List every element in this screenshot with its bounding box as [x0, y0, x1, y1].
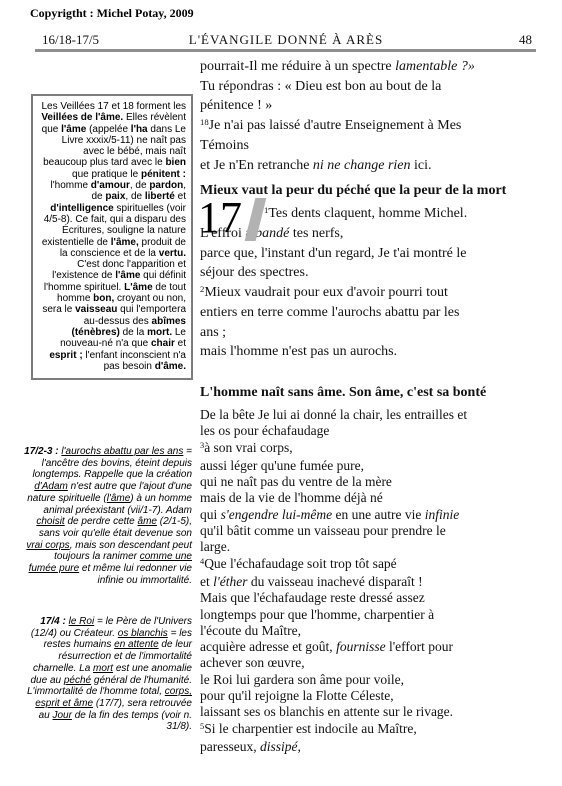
text-segment: os blanchis	[118, 628, 168, 639]
text-segment: longtemps pour que l'homme, charpentier …	[200, 607, 434, 622]
text-segment: paresseux,	[200, 739, 260, 754]
text-segment: Si le charpentier est indocile au Maître…	[204, 721, 417, 736]
chapter-17-block: 17 1Tes dents claquent, homme Michel. L'…	[200, 204, 552, 362]
text-line: les os pour échafaudage	[200, 423, 552, 439]
text-line: l'écoute du Maître,	[200, 623, 552, 639]
text-segment: infinie	[425, 507, 460, 522]
text-segment: et	[200, 574, 213, 589]
header-page-number: 48	[519, 32, 532, 47]
text-line: ans ;	[200, 323, 552, 343]
text-segment: et même lui redonner vie infinie ou immo…	[79, 563, 192, 586]
text-segment: aussi léger qu'une fumée pure,	[200, 458, 364, 473]
text-segment: 4	[200, 557, 204, 566]
section-heading-fear-of-sin: Mieux vaut la peur du péché que la peur …	[200, 181, 552, 201]
text-line: entiers en terre comme l'aurochs abattu …	[200, 303, 552, 323]
text-segment: Que l'échafaudage soit trop tôt sapé	[204, 556, 397, 571]
text-line: qui s'engendre lui-même en une autre vie…	[200, 507, 552, 523]
text-line: qui ne naît pas du ventre de la mère	[200, 474, 552, 490]
text-line: pourrait-Il me réduire à un spectre lame…	[200, 57, 552, 77]
text-segment: vaisseau	[75, 304, 117, 315]
header-rule	[35, 49, 536, 52]
intro-paragraph: pourrait-Il me réduire à un spectre lame…	[200, 57, 552, 175]
sidebar-soul-note-box: Les Veillées 17 et 18 forment les Veillé…	[31, 94, 193, 380]
text-segment: 3	[200, 441, 204, 450]
text-segment: l'âme	[61, 124, 86, 135]
text-line: aussi léger qu'une fumée pure,	[200, 458, 552, 474]
text-segment: L'âme	[124, 282, 153, 293]
text-line: Tu répondras : « Dieu est bon au bout de…	[200, 77, 552, 97]
text-segment: l'éther	[213, 574, 247, 589]
text-segment: Mais que l'échafaudage reste dressé asse…	[200, 590, 425, 605]
text-segment: parce que, l'instant d'un regard, Je t'a…	[200, 246, 466, 261]
text-segment: l'âme	[115, 270, 140, 281]
chapter-paragraph: L'effroi a bandé tes nerfs,parce que, l'…	[200, 224, 552, 362]
text-segment: l'âme	[107, 493, 131, 504]
text-segment: Jour	[52, 710, 71, 721]
text-segment: pour qu'il rejoigne la Flotte Céleste,	[200, 688, 394, 703]
text-line: laissant ses os blanchis en attente sur …	[200, 704, 552, 720]
text-segment: Tu répondras : « Dieu est bon au bout de…	[200, 79, 441, 94]
text-line: 2Mieux vaudrait pour eux d'avoir pourri …	[200, 283, 552, 304]
chapter-number: 17	[198, 195, 242, 241]
text-segment: Mieux vaudrait pour eux d'avoir pourri t…	[204, 285, 448, 300]
text-line: le Roi lui gardera son âme pour voile,	[200, 672, 552, 688]
text-segment: d'amour	[91, 180, 130, 191]
text-line: Témoins	[200, 136, 552, 156]
text-segment: à son vrai corps,	[204, 440, 292, 455]
text-segment: acquière adresse et goût,	[200, 639, 336, 654]
text-segment: le Roi lui gardera son âme pour voile,	[200, 672, 404, 687]
text-segment: large.	[200, 539, 230, 554]
main-text-column: pourrait-Il me réduire à un spectre lame…	[200, 57, 552, 755]
text-line: paresseux, dissipé,	[200, 739, 552, 755]
text-line: achever son œuvre,	[200, 655, 552, 671]
text-segment: séjour des spectres.	[200, 265, 308, 280]
text-segment: 5	[200, 722, 204, 731]
text-line: acquière adresse et goût, fournisse l'ef…	[200, 639, 552, 655]
section-heading-man-born-soulless: L'homme naît sans âme. Son âme, c'est sa…	[200, 383, 552, 403]
text-segment: mort	[93, 663, 113, 674]
text-segment: ici.	[411, 158, 432, 173]
text-line: 3à son vrai corps,	[200, 440, 552, 458]
text-segment: fournisse	[336, 639, 386, 654]
text-segment: pardon	[149, 180, 183, 191]
text-segment: l'aurochs abattu par les ans	[61, 446, 183, 457]
text-segment: tes nerfs,	[289, 226, 343, 241]
text-segment: d'Adam	[34, 481, 68, 492]
text-line: 4Que l'échafaudage soit trop tôt sapé	[200, 556, 552, 574]
text-segment: liberté	[145, 191, 175, 202]
text-segment: et	[175, 191, 186, 202]
text-segment: que pratique le	[72, 169, 141, 180]
text-line: qu'il bâtit comme un vaisseau pour prend…	[200, 523, 552, 539]
text-line: 18Je n'ai pas laissé d'autre Enseignemen…	[200, 116, 552, 137]
text-segment: l'effort pour	[386, 639, 453, 654]
text-segment: ni ne change rien	[313, 158, 411, 173]
text-segment: De la bête Je lui ai donné la chair, les…	[200, 407, 467, 422]
text-segment: paix	[105, 191, 125, 202]
text-segment: lamentable ?»	[395, 59, 475, 74]
text-segment: bon,	[93, 293, 114, 304]
text-segment: en une autre vie	[332, 507, 425, 522]
copyright-text: Copyrigtht : Michel Potay, 2009	[30, 6, 194, 20]
text-segment: Je n'ai pas laissé d'autre Enseignement …	[209, 118, 462, 133]
text-segment: les os pour échafaudage	[200, 423, 329, 438]
text-segment: 2	[200, 284, 204, 294]
text-segment: vertu.	[159, 248, 186, 259]
text-line: Mais que l'échafaudage reste dressé asse…	[200, 590, 552, 606]
text-segment: âme	[138, 516, 157, 527]
text-segment: mais de la vie de l'homme déjà né	[200, 490, 383, 505]
text-segment: pénitence ! »	[200, 98, 272, 113]
text-segment: Veillées de l'âme.	[41, 112, 123, 123]
text-segment: et Je n'En retranche	[200, 158, 313, 173]
text-segment: péché	[64, 675, 91, 686]
text-line: mais de la vie de l'homme déjà né	[200, 490, 552, 506]
text-segment: qu'il bâtit comme un vaisseau pour prend…	[200, 523, 446, 538]
body-paragraph: De la bête Je lui ai donné la chair, les…	[200, 407, 552, 755]
text-segment: l'homme	[51, 180, 91, 191]
text-segment: mais l'homme n'est pas un aurochs.	[200, 344, 397, 359]
book-page: { "copyright": "Copyrigtht : Michel Pota…	[0, 0, 562, 786]
text-segment: Les Veillées 17 et 18 forment les	[41, 101, 186, 112]
text-line: longtemps pour que l'homme, charpentier …	[200, 607, 552, 623]
text-segment: de la fin des temps (voir n. 31/8).	[72, 710, 192, 733]
text-segment: mort.	[147, 327, 172, 338]
text-segment: pourrait-Il me réduire à un spectre	[200, 59, 395, 74]
text-segment: qui	[200, 507, 221, 522]
text-segment: l'ha	[131, 124, 148, 135]
text-line: et l'éther du vaisseau inachevé disparaî…	[200, 574, 552, 590]
text-segment: bien	[165, 157, 186, 168]
text-segment: en attente	[114, 639, 158, 650]
text-segment: 17/4 :	[40, 616, 68, 627]
text-segment: , de	[125, 191, 144, 202]
header-book-title: L'ÉVANGILE DONNÉ À ARÈS	[35, 32, 537, 47]
text-line: large.	[200, 539, 552, 555]
text-segment: d'âme.	[155, 361, 186, 372]
text-line: pour qu'il rejoigne la Flotte Céleste,	[200, 688, 552, 704]
text-segment: et	[175, 338, 186, 349]
text-segment: le Roi	[69, 616, 95, 627]
text-line: De la bête Je lui ai donné la chair, les…	[200, 407, 552, 423]
text-segment: achever son œuvre,	[200, 655, 305, 670]
text-segment: entiers en terre comme l'aurochs abattu …	[200, 305, 459, 320]
text-line: parce que, l'instant d'un regard, Je t'a…	[200, 244, 552, 264]
text-segment: (appelée	[86, 124, 130, 135]
text-segment: pénitent :	[141, 169, 186, 180]
text-segment: , de	[130, 180, 149, 191]
text-segment: s'engendre lui-même	[221, 507, 332, 522]
text-segment: 1	[264, 205, 268, 215]
margin-note-17-4: 17/4 : le Roi = le Père de l'Univers (12…	[24, 616, 192, 733]
text-line: 5Si le charpentier est indocile au Maîtr…	[200, 721, 552, 739]
text-segment: qui ne naît pas du ventre de la mère	[200, 474, 392, 489]
text-segment: de la	[120, 327, 147, 338]
text-line: et Je n'En retranche ni ne change rien i…	[200, 156, 552, 176]
text-segment: laissant ses os blanchis en attente sur …	[200, 704, 453, 719]
text-segment: dissipé,	[260, 739, 301, 754]
text-line: mais l'homme n'est pas un aurochs.	[200, 342, 552, 362]
text-segment: esprit ;	[49, 350, 82, 361]
text-segment: 17/2-3 :	[24, 446, 61, 457]
text-segment: l'écoute du Maître,	[200, 623, 301, 638]
text-segment: ans ;	[200, 325, 226, 340]
text-segment: Tes dents claquent, homme Michel.	[268, 206, 467, 221]
text-line: séjour des spectres.	[200, 263, 552, 283]
text-segment: choisit	[36, 516, 64, 527]
margin-note-17-2-3: 17/2-3 : l'aurochs abattu par les ans = …	[24, 446, 192, 586]
text-segment: d'intelligence	[50, 203, 114, 214]
text-segment: Témoins	[200, 138, 249, 153]
text-segment: bandé	[255, 226, 289, 241]
text-segment: de perdre cette	[65, 516, 138, 527]
text-segment: du vaisseau inachevé disparaît !	[248, 574, 423, 589]
text-segment: 18	[200, 117, 209, 127]
text-line: pénitence ! »	[200, 96, 552, 116]
text-segment: l'âme,	[111, 237, 139, 248]
text-segment: vrai corps	[26, 540, 69, 551]
text-segment: chair	[151, 338, 175, 349]
